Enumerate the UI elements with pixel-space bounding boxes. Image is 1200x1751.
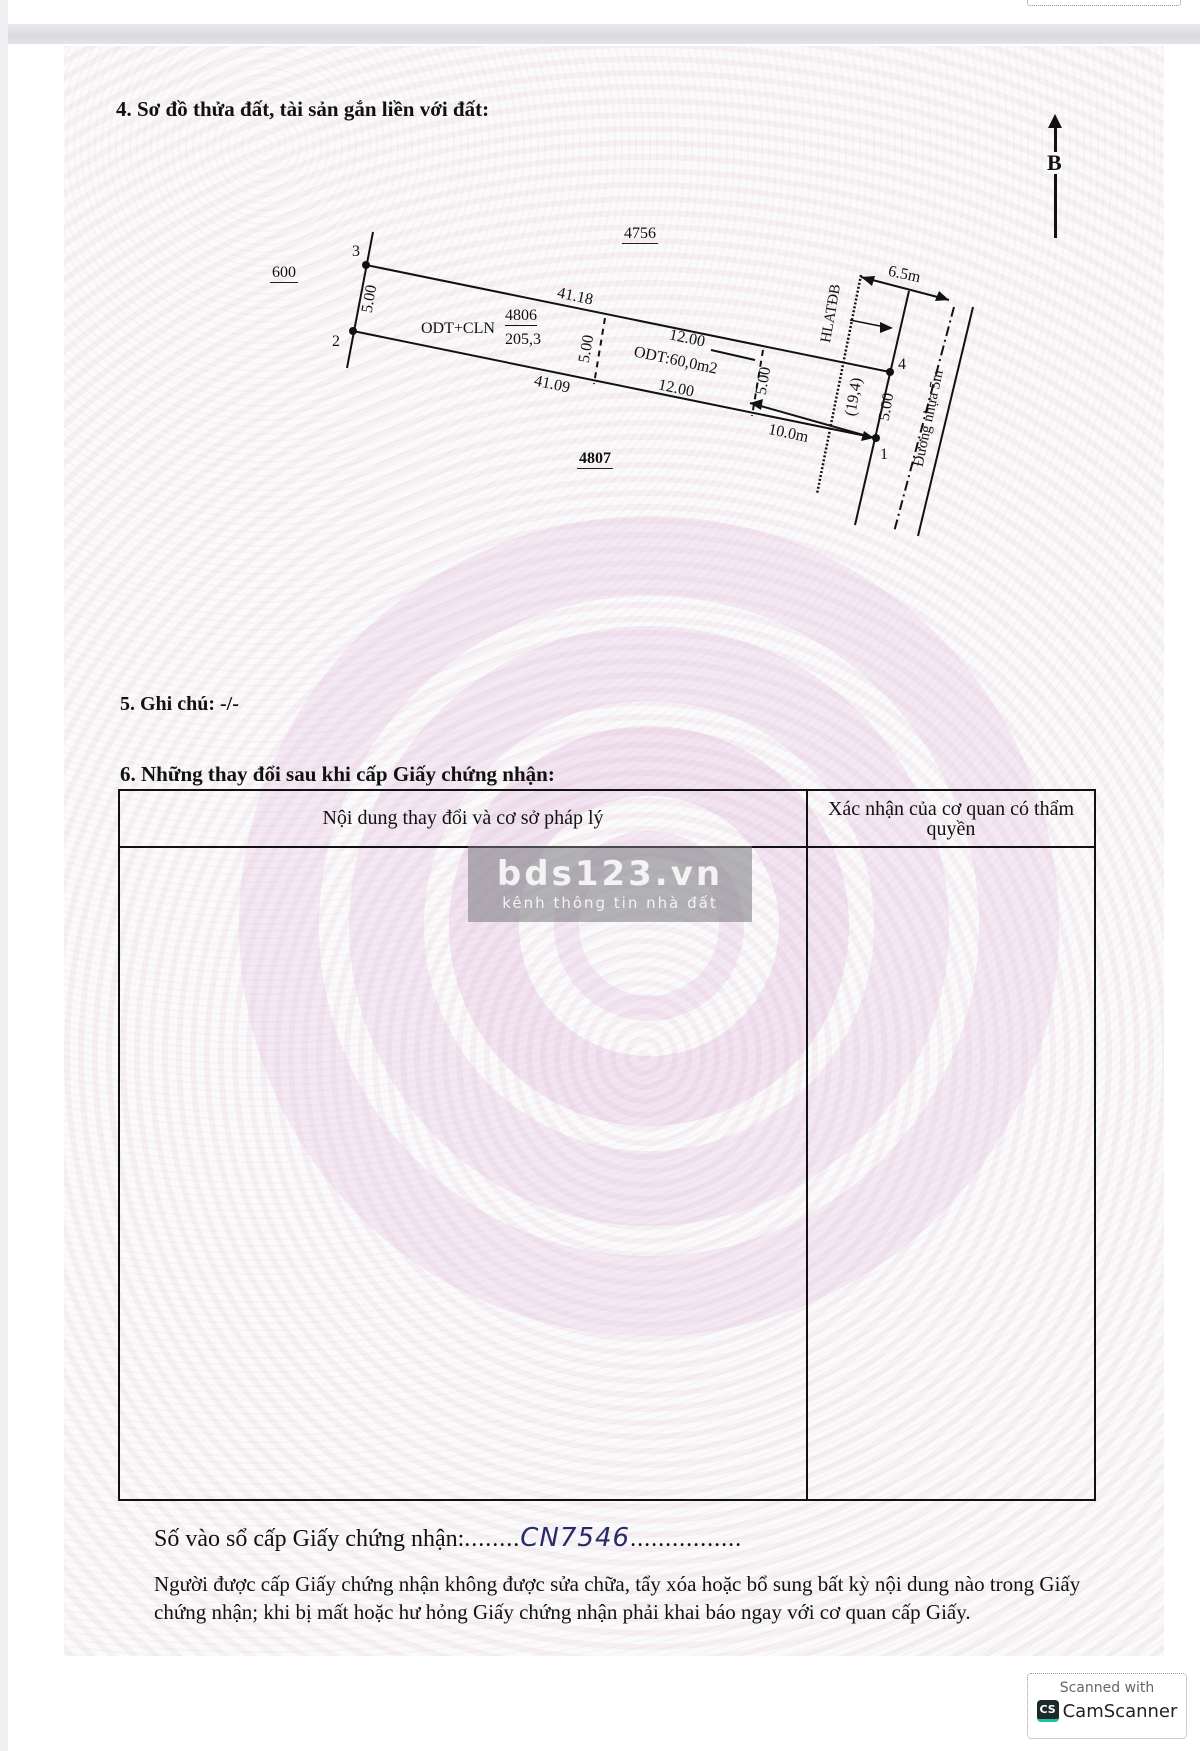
parcel-number: 4806 <box>505 307 537 326</box>
camscanner-logo-icon: CS <box>1037 1700 1059 1722</box>
neighbor-parcel-4756: 4756 <box>622 225 658 244</box>
point-4: 4 <box>898 356 906 374</box>
registry-label: Số vào sổ cấp Giấy chứng nhận: <box>154 1526 464 1552</box>
registry-dots-before: ........ <box>464 1526 520 1552</box>
bds123-watermark: bds123.vn kênh thông tin nhà đất <box>468 846 752 922</box>
parcel-diagram <box>0 0 1200 560</box>
registry-number-line: Số vào sổ cấp Giấy chứng nhận:........CN… <box>154 1523 742 1553</box>
header-change-content: Nội dung thay đổi và cơ sở pháp lý <box>120 791 806 846</box>
camscanner-name: CamScanner <box>1063 1701 1178 1722</box>
registry-number-handwritten: CN7546 <box>520 1523 630 1553</box>
camscanner-badge: Scanned with CS CamScanner <box>1027 1673 1187 1739</box>
registry-dots-after: ................ <box>630 1526 742 1552</box>
parcel-usage: ODT+CLN <box>421 320 495 338</box>
watermark-brand: bds123.vn <box>468 854 752 894</box>
neighbor-parcel-4807: 4807 <box>577 450 613 469</box>
point-3: 3 <box>352 243 360 261</box>
point-1: 1 <box>880 446 888 464</box>
table-column-divider <box>806 791 808 1499</box>
watermark-tagline: kênh thông tin nhà đất <box>468 894 752 912</box>
neighbor-parcel-600: 600 <box>270 264 298 283</box>
changes-table-header: Nội dung thay đổi và cơ sở pháp lý Xác n… <box>120 791 1094 848</box>
holder-notice: Người được cấp Giấy chứng nhận không đượ… <box>154 1570 1094 1626</box>
scanned-with-text: Scanned with <box>1028 1680 1186 1696</box>
section-5-note: 5. Ghi chú: -/- <box>120 693 239 716</box>
header-authority-confirmation: Xác nhận của cơ quan có thẩm quyền <box>808 791 1094 846</box>
section-6-title: 6. Những thay đổi sau khi cấp Giấy chứng… <box>120 762 555 787</box>
point-2: 2 <box>332 333 340 351</box>
parcel-area: 205,3 <box>505 331 541 349</box>
